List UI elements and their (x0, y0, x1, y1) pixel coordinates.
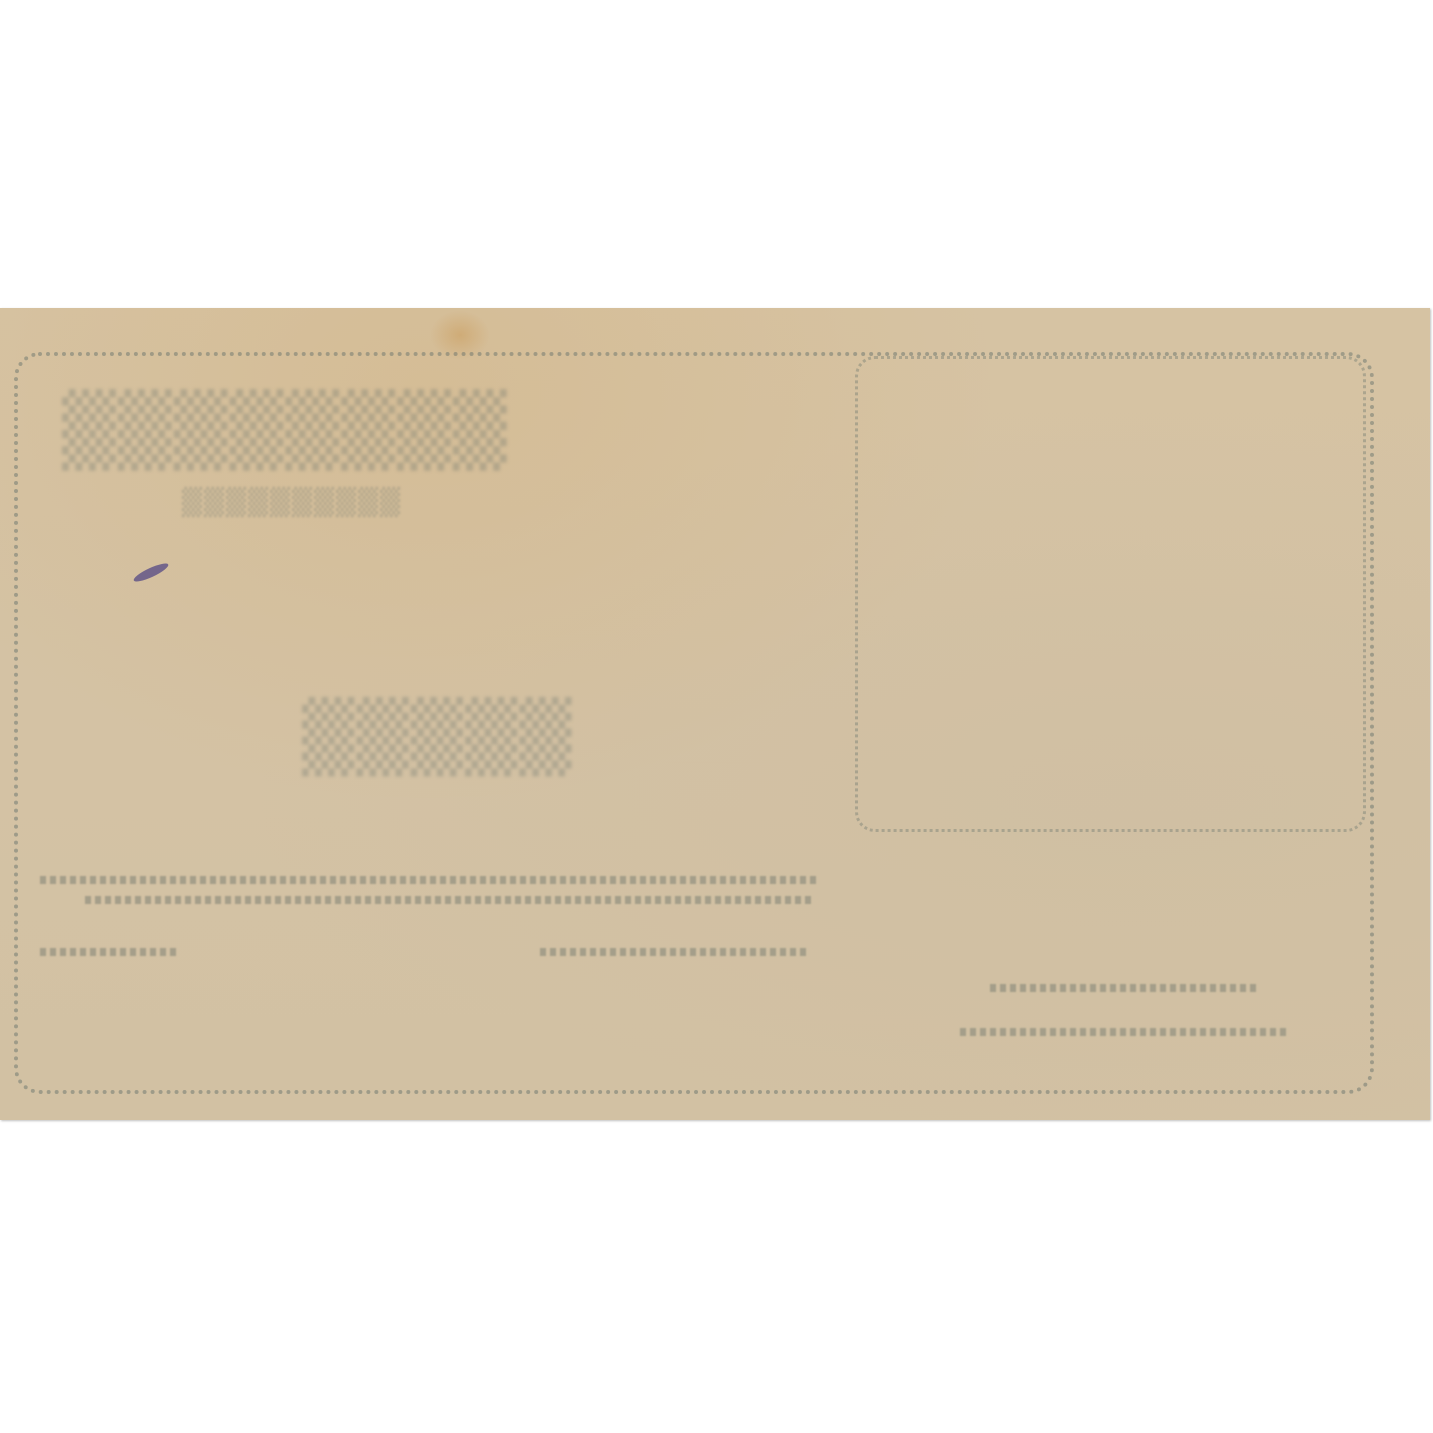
mirrored-title-bleed: ▒▒▒▒▒▒▒▒ (60, 388, 507, 471)
text-line-bleed (40, 876, 820, 884)
text-line-bleed (85, 896, 815, 904)
banknote-reverse: ▒▒▒▒▒▒▒▒ ▒▒▒▒▒▒▒▒▒▒ ▒▒▒▒▒ Blank aged pap… (0, 308, 1430, 1120)
text-line-bleed (540, 948, 810, 956)
text-line-bleed (960, 1028, 1290, 1036)
text-line-bleed (40, 948, 180, 956)
right-panel-border-bleed (855, 356, 1366, 832)
text-line-bleed (990, 984, 1260, 992)
mirrored-denomination-bleed: ▒▒▒▒▒ (300, 698, 571, 777)
mirrored-subtitle-bleed: ▒▒▒▒▒▒▒▒▒▒ (180, 488, 400, 518)
